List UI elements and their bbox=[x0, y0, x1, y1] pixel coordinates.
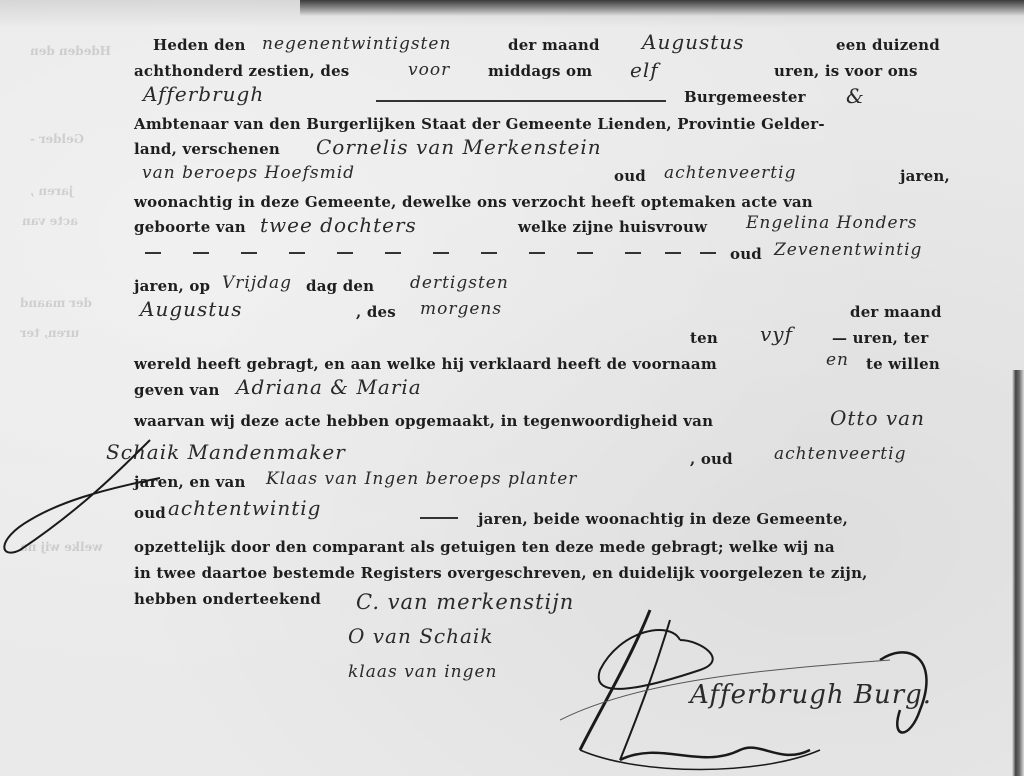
printed-text: land, verschenen bbox=[134, 140, 280, 158]
printed-text: in twee daartoe bestemde Registers overg… bbox=[134, 564, 868, 582]
fill-line bbox=[376, 100, 666, 102]
bleed-through-text: der maand bbox=[20, 296, 92, 310]
bleed-through-text: Gelder - bbox=[30, 132, 84, 146]
fill-dash bbox=[337, 252, 353, 254]
handwritten-voornaam-suffix: en bbox=[826, 350, 849, 370]
handwritten-time-of-day: morgens bbox=[420, 299, 502, 319]
bleed-through-text: uren, ter bbox=[20, 326, 79, 340]
handwritten-children: twee dochters bbox=[260, 213, 417, 237]
handwritten-witness2: Klaas van Ingen beroeps planter bbox=[266, 469, 577, 489]
bleed-through-text: Hdeden den bbox=[30, 44, 111, 58]
printed-text: hebben onderteekend bbox=[134, 590, 321, 608]
fill-dash bbox=[577, 252, 593, 254]
flourish-left-margin bbox=[0, 430, 160, 560]
signature-declarant: C. van merkenstijn bbox=[356, 590, 574, 614]
printed-text: wereld heeft gebragt, en aan welke hij v… bbox=[134, 355, 717, 373]
bleed-through-text: jaren , bbox=[30, 184, 73, 198]
printed-text: achthonderd zestien, des bbox=[134, 62, 349, 80]
printed-text: Ambtenaar van den Burgerlijken Staat der… bbox=[134, 115, 825, 133]
printed-text: dag den bbox=[306, 277, 374, 295]
fill-dash bbox=[481, 252, 497, 254]
handwritten-month: Augustus bbox=[642, 30, 744, 54]
printed-text: uren, is voor ons bbox=[774, 62, 918, 80]
page-edge-right bbox=[1012, 370, 1024, 776]
fill-dash bbox=[700, 252, 716, 254]
printed-text: Burgemeester bbox=[684, 88, 806, 106]
handwritten-day: negenentwintigsten bbox=[262, 34, 451, 54]
handwritten-and-sign: & bbox=[846, 84, 865, 108]
handwritten-witness1-age: achtenveertig bbox=[774, 444, 906, 464]
handwritten-child-names: Adriana & Maria bbox=[236, 375, 422, 399]
printed-text: jaren, beide woonachtig in deze Gemeente… bbox=[478, 510, 848, 528]
fill-dash bbox=[289, 252, 305, 254]
bleed-through-text: acte van bbox=[22, 214, 78, 228]
scanned-document-page: Hdeden den Gelder - jaren , acte van der… bbox=[0, 0, 1024, 776]
handwritten-wife-name: Engelina Honders bbox=[746, 213, 917, 233]
printed-text: een duizend bbox=[836, 36, 940, 54]
fill-dash bbox=[529, 252, 545, 254]
printed-text: , des bbox=[356, 303, 396, 321]
printed-text: geven van bbox=[134, 381, 220, 399]
handwritten-birth-hour: vyf bbox=[760, 322, 793, 346]
handwritten-declarant-name: Cornelis van Merkenstein bbox=[316, 135, 602, 159]
printed-text: jaren, bbox=[900, 167, 950, 185]
handwritten-birth-month: Augustus bbox=[140, 297, 242, 321]
printed-text: geboorte van bbox=[134, 218, 246, 236]
scan-shadow-top bbox=[300, 0, 1024, 16]
handwritten-declarant-age: achtenveertig bbox=[664, 163, 796, 183]
handwritten-witness2-age: achtentwintig bbox=[168, 496, 321, 520]
printed-text: opzettelijk door den comparant als getui… bbox=[134, 538, 835, 556]
printed-text: middags om bbox=[488, 62, 592, 80]
fill-dash bbox=[625, 252, 641, 254]
fill-dash bbox=[193, 252, 209, 254]
printed-text: der maand bbox=[508, 36, 600, 54]
handwritten-hour: elf bbox=[630, 58, 659, 82]
signature-official: Afferbrugh Burg. bbox=[690, 680, 932, 710]
signature-witness2: klaas van ingen bbox=[348, 662, 498, 682]
handwritten-weekday: Vrijdag bbox=[222, 273, 292, 293]
handwritten-birth-day: dertigsten bbox=[410, 273, 509, 293]
printed-text: welke zijne huisvrouw bbox=[518, 218, 707, 236]
handwritten-profession: van beroeps Hoefsmid bbox=[142, 163, 355, 183]
printed-text: oud bbox=[730, 245, 762, 263]
handwritten-witness1-first: Otto van bbox=[830, 406, 925, 430]
printed-text: , oud bbox=[690, 450, 733, 468]
printed-text: — uren, ter bbox=[832, 329, 929, 347]
printed-text: waarvan wij deze acte hebben opgemaakt, … bbox=[134, 412, 713, 430]
printed-text: woonachtig in deze Gemeente, dewelke ons… bbox=[134, 193, 813, 211]
printed-text: ten bbox=[690, 329, 718, 347]
printed-text: oud bbox=[614, 167, 646, 185]
printed-text: der maand bbox=[850, 303, 942, 321]
fill-line bbox=[420, 517, 458, 519]
handwritten-official-name: Afferbrugh bbox=[143, 82, 264, 106]
handwritten-part-of-day: voor bbox=[408, 60, 450, 80]
fill-dash bbox=[385, 252, 401, 254]
signature-witness1: O van Schaik bbox=[348, 624, 493, 648]
fill-dash bbox=[665, 252, 681, 254]
fill-dash bbox=[145, 252, 161, 254]
printed-text: Heden den bbox=[153, 36, 246, 54]
printed-text: te willen bbox=[866, 355, 940, 373]
printed-text: jaren, op bbox=[134, 277, 210, 295]
fill-dash bbox=[241, 252, 257, 254]
fill-dash bbox=[433, 252, 449, 254]
handwritten-wife-age: Zevenentwintig bbox=[774, 240, 922, 260]
